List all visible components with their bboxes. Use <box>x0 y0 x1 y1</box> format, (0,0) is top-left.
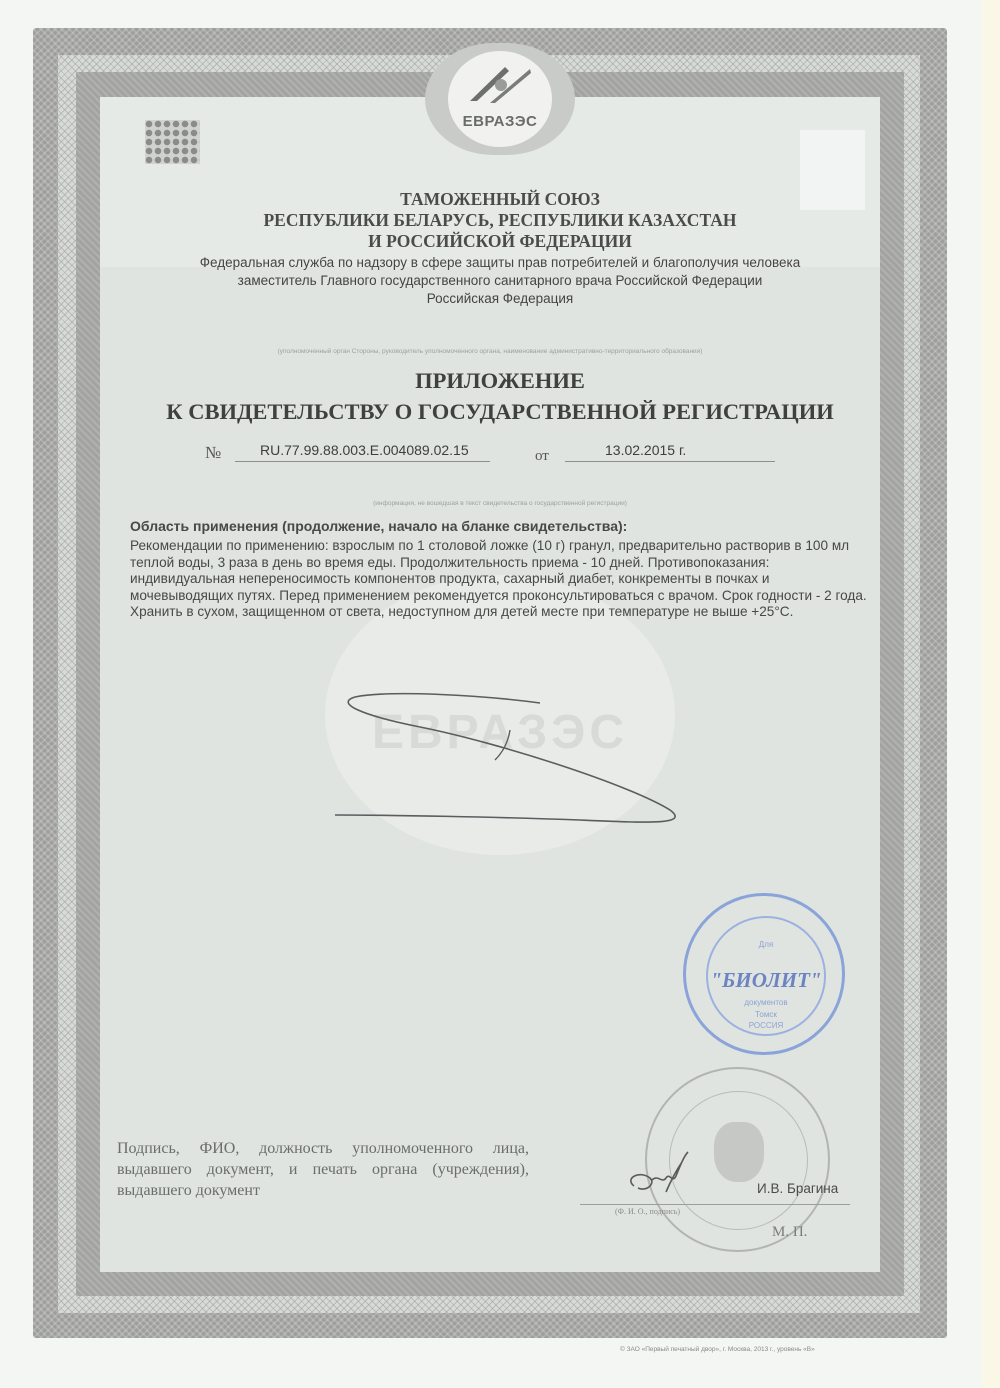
from-label: от <box>535 448 549 465</box>
company-stamp-name: "БИОЛИТ" <box>708 968 824 993</box>
emblem-label: ЕВРАЗЭС <box>425 113 575 130</box>
number-label: № <box>205 443 221 463</box>
union-title-line2: РЕСПУБЛИКИ БЕЛАРУСЬ, РЕСПУБЛИКИ КАЗАХСТА… <box>100 210 900 231</box>
registration-note: (информация, не вошедшая в текст свидете… <box>280 500 720 507</box>
union-title-line1: ТАМОЖЕННЫЙ СОЮЗ <box>100 189 900 210</box>
fio-note: (Ф. И. О., подпись) <box>615 1207 680 1216</box>
signature-label: Подпись, ФИО, должность уполномоченного … <box>117 1138 529 1201</box>
registration-number: RU.77.99.88.003.Е.004089.02.15 <box>235 442 490 462</box>
large-signature <box>330 685 690 830</box>
stamp-place-label: М. П. <box>772 1224 807 1241</box>
eurasec-emblem: ЕВРАЗЭС <box>425 43 575 155</box>
small-signature <box>622 1148 692 1200</box>
authority-line1: Федеральная служба по надзору в сфере за… <box>100 255 900 270</box>
authority-line3: Российская Федерация <box>100 291 900 306</box>
registration-date: 13.02.2015 г. <box>565 442 775 462</box>
security-pattern <box>145 120 200 164</box>
company-stamp: Для "БИОЛИТ" документов Томск РОССИЯ <box>683 893 845 1055</box>
authority-line2: заместитель Главного государственного са… <box>100 273 900 288</box>
authority-note: (уполномоченный орган Стороны, руководит… <box>180 348 800 355</box>
printer-note: © ЗАО «Первый печатный двор», г. Москва,… <box>620 1346 815 1353</box>
scope-text: Рекомендации по применению: взрослым по … <box>130 538 870 621</box>
eurasec-logo-icon <box>465 59 535 109</box>
registration-row: № RU.77.99.88.003.Е.004089.02.15 от 13.0… <box>205 438 785 468</box>
scope-section: Область применения (продолжение, начало … <box>130 518 870 621</box>
signer-name: И.В. Брагина <box>757 1181 838 1196</box>
page-edge <box>982 0 1000 1388</box>
coat-of-arms-icon <box>714 1122 764 1182</box>
title-line2: К СВИДЕТЕЛЬСТВУ О ГОСУДАРСТВЕННОЙ РЕГИСТ… <box>100 399 900 425</box>
scope-heading: Область применения (продолжение, начало … <box>130 518 870 534</box>
title-line1: ПРИЛОЖЕНИЕ <box>100 368 900 394</box>
union-title-line3: И РОССИЙСКОЙ ФЕДЕРАЦИИ <box>100 231 900 252</box>
signature-line <box>580 1204 850 1205</box>
